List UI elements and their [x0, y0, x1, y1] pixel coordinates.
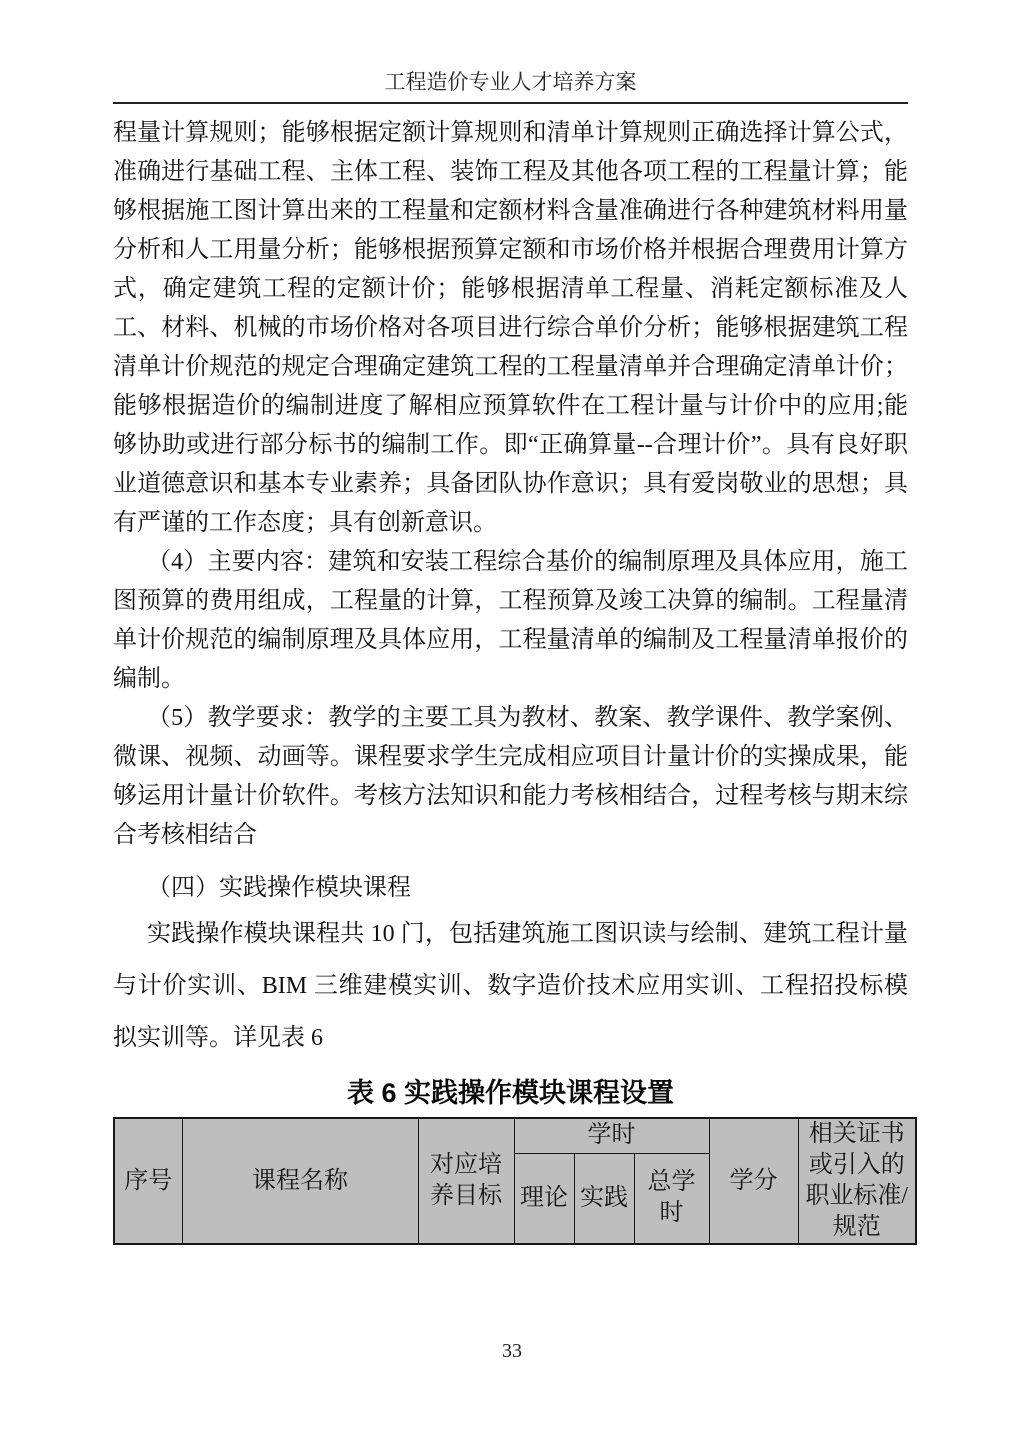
header-cell-seq: 序号: [114, 1118, 182, 1244]
page-number: 33: [0, 1340, 1024, 1363]
running-header-title: 工程造价专业人才培养方案: [113, 70, 908, 104]
header-cell-hours-group: 学时: [514, 1118, 709, 1153]
header-cell-certificate: 相关证书或引入的职业标准/规范: [798, 1118, 916, 1244]
paragraph-knowledge-ability: 程量计算规则；能够根据定额计算规则和清单计算规则正确选择计算公式，准确进行基础工…: [113, 114, 908, 543]
table-header-row-1: 序号 课程名称 对应培养目标 学时 学分 相关证书或引入的职业标准/规范: [114, 1118, 916, 1153]
header-cell-credits: 学分: [709, 1118, 798, 1244]
header-cell-theory: 理论: [514, 1153, 574, 1244]
document-page: 工程造价专业人才培养方案 程量计算规则；能够根据定额计算规则和清单计算规则正确选…: [0, 0, 1024, 1448]
paragraph-main-content: （4）主要内容：建筑和安装工程综合基价的编制原理及具体应用，施工图预算的费用组成…: [113, 543, 908, 699]
section-heading-practice-module: （四）实践操作模块课程: [113, 869, 908, 908]
paragraph-module-overview: 实践操作模块课程共 10 门，包括建筑施工图识读与绘制、建筑工程计量与计价实训、…: [113, 908, 908, 1064]
header-cell-total-hours: 总学时: [634, 1153, 709, 1244]
header-cell-practice: 实践: [574, 1153, 634, 1244]
header-cell-course-name: 课程名称: [182, 1118, 418, 1244]
document-body: 程量计算规则；能够根据定额计算规则和清单计算规则正确选择计算公式，准确进行基础工…: [113, 114, 908, 1245]
table-caption: 表 6 实践操作模块课程设置: [113, 1078, 908, 1108]
header-cell-objective: 对应培养目标: [418, 1118, 514, 1244]
practice-module-course-table: 序号 课程名称 对应培养目标 学时 学分 相关证书或引入的职业标准/规范 理论 …: [113, 1117, 917, 1245]
paragraph-teaching-requirements: （5）教学要求：教学的主要工具为教材、教案、教学课件、教学案例、微课、视频、动画…: [113, 699, 908, 855]
